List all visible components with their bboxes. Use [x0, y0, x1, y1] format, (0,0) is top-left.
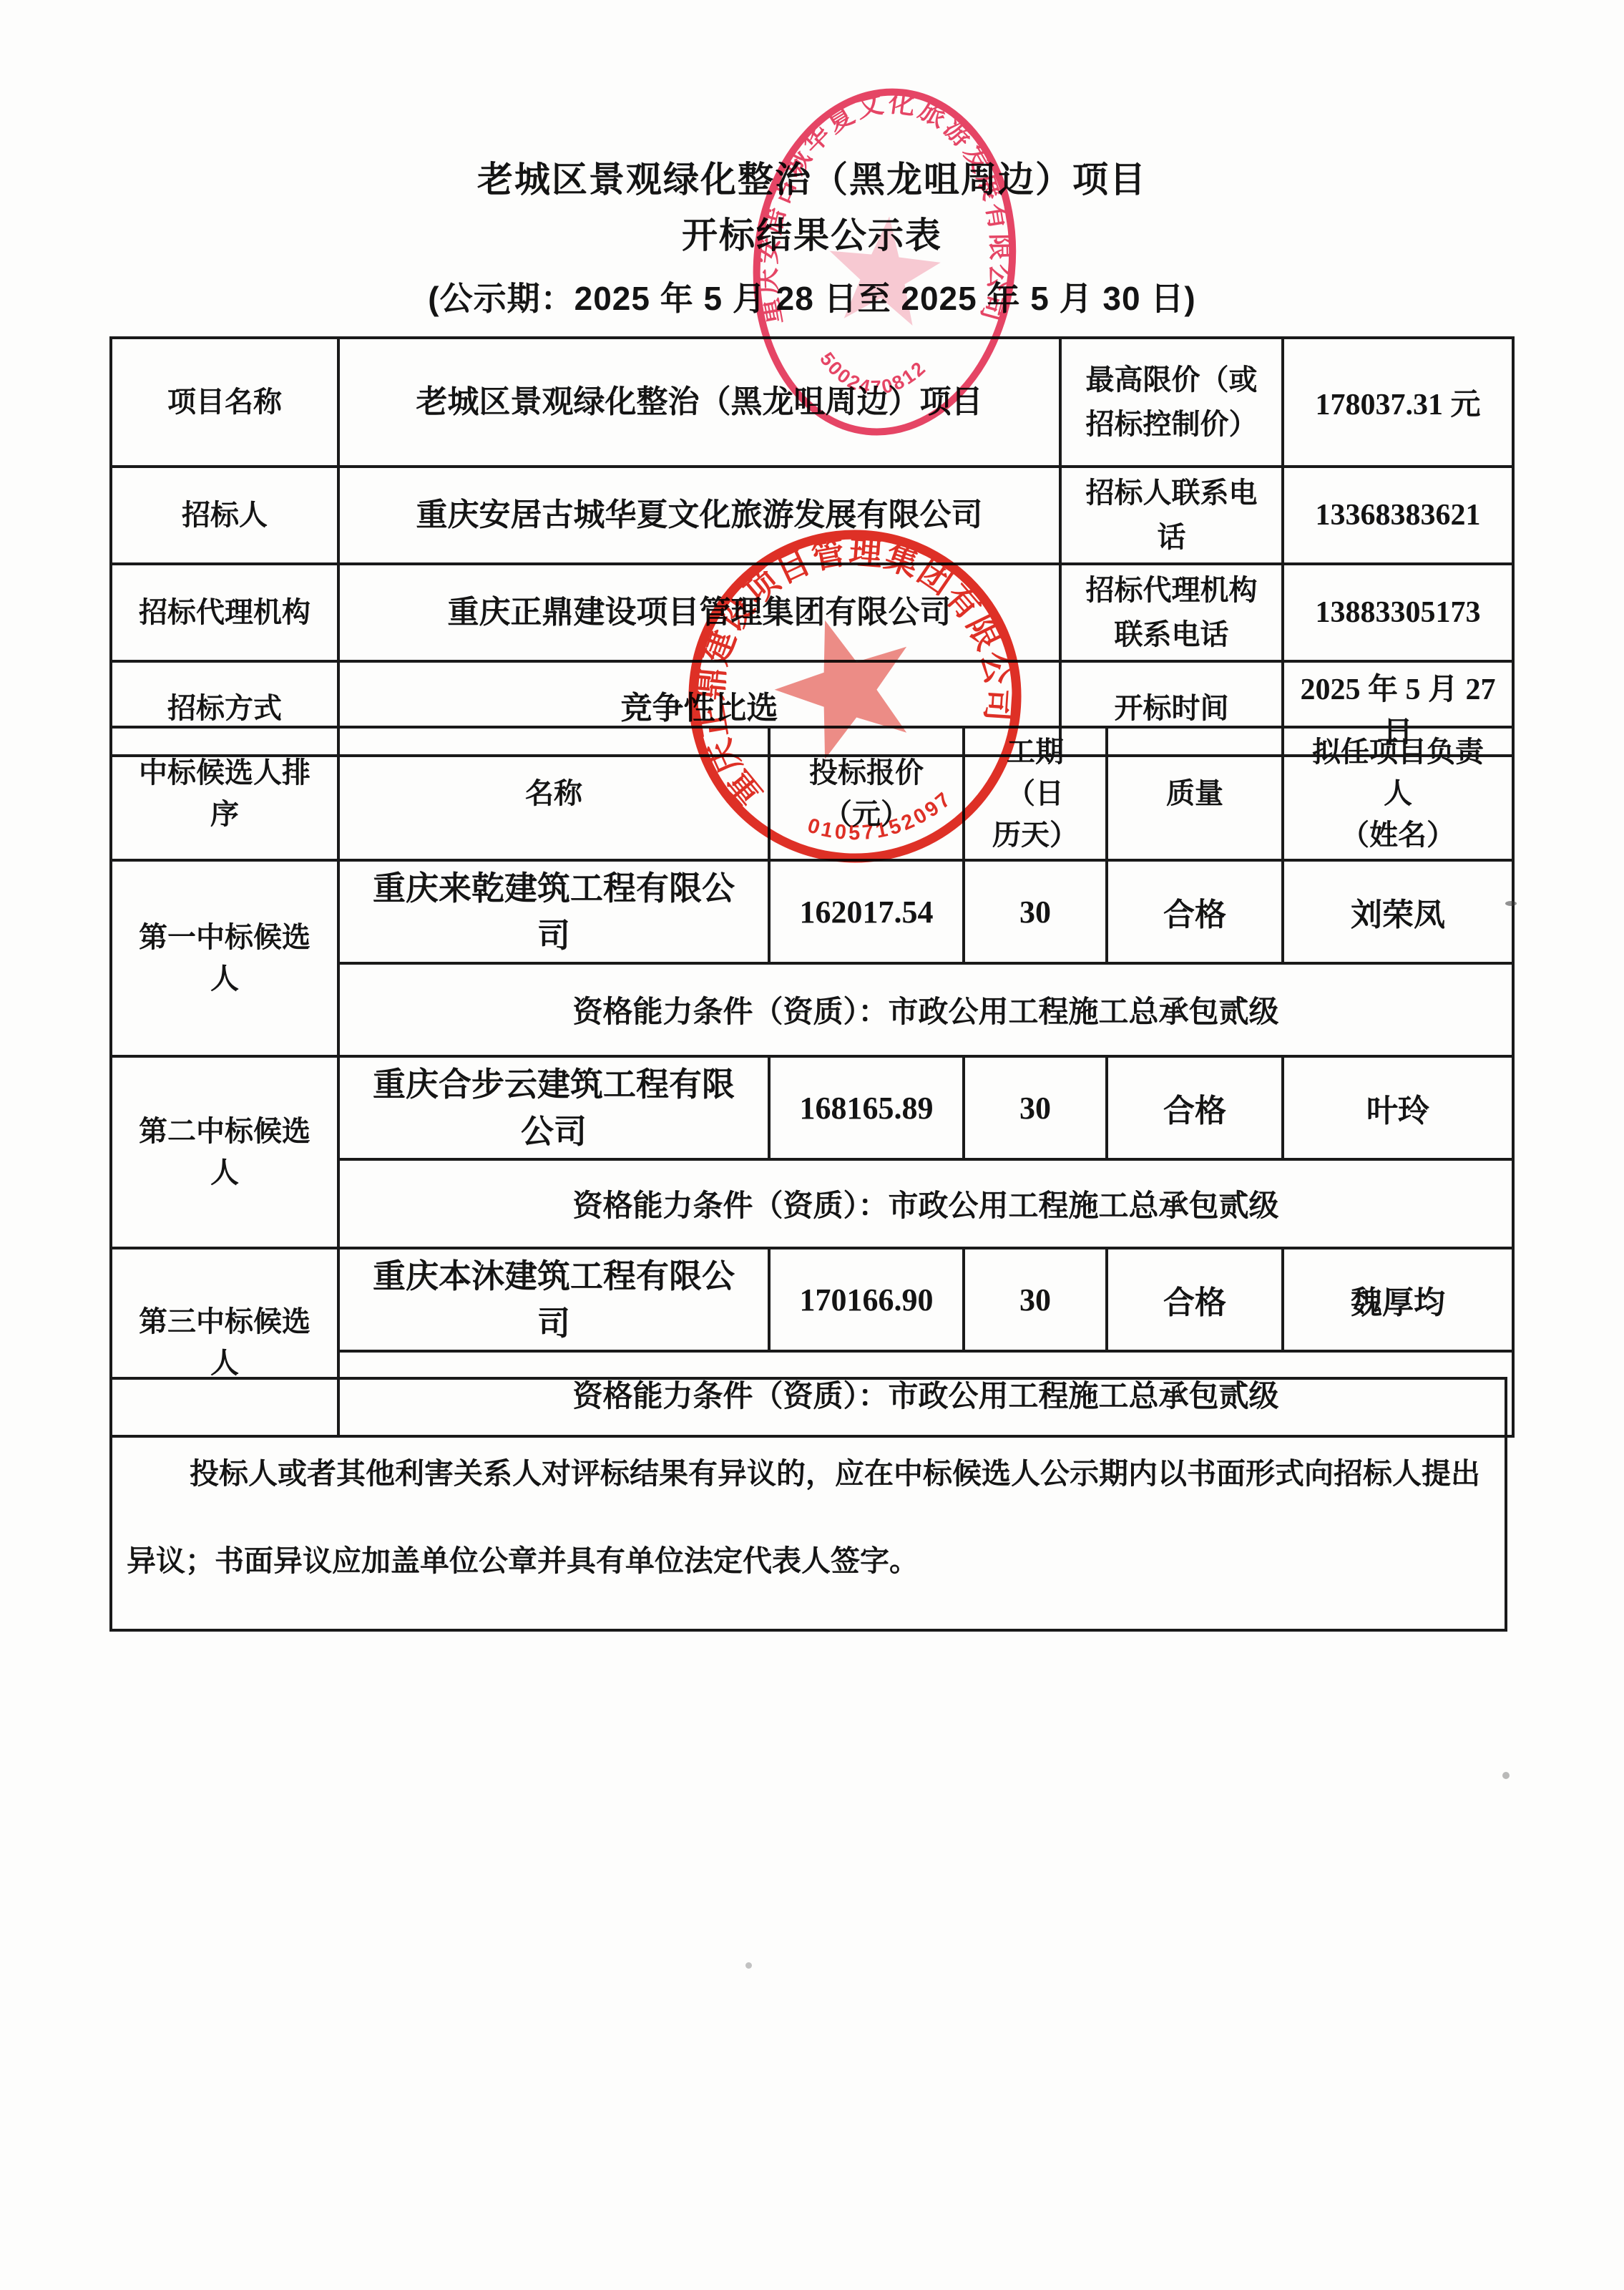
- info-label: 招标代理机构: [111, 564, 338, 661]
- header-duration: 工期（日 历天）: [964, 727, 1107, 860]
- header-quality: 质量: [1107, 727, 1283, 860]
- candidate-quality: 合格: [1107, 1248, 1283, 1351]
- info-value: 178037.31 元: [1283, 338, 1513, 467]
- candidate-duration: 30: [964, 860, 1107, 963]
- scan-speck: [1505, 901, 1517, 906]
- objection-notice: 投标人或者其他利害关系人对评标结果有异议的，应在中标候选人公示期内以书面形式向招…: [109, 1377, 1507, 1632]
- project-info-table: 项目名称 老城区景观绿化整治（黑龙咀周边）项目 最高限价（或 招标控制价） 17…: [109, 336, 1515, 757]
- candidate-price: 170166.90: [769, 1248, 964, 1351]
- info-label: 项目名称: [111, 338, 338, 467]
- objection-notice-line2: 异议；书面异议应加盖单位公章并具有单位法定代表人签字。: [127, 1539, 1490, 1583]
- table-row: 项目名称 老城区景观绿化整治（黑龙咀周边）项目 最高限价（或 招标控制价） 17…: [111, 338, 1513, 467]
- candidate-rank: 第一中标候选 人: [111, 860, 338, 1056]
- candidate-header-row: 中标候选人排 序 名称 投标报价 （元） 工期（日 历天） 质量 拟任项目负责人…: [111, 727, 1513, 860]
- document-title-line1: 老城区景观绿化整治（黑龙咀周边）项目: [0, 152, 1624, 208]
- header-price: 投标报价 （元）: [769, 727, 964, 860]
- info-value: 13368383621: [1283, 467, 1513, 564]
- info-sublabel: 最高限价（或 招标控制价）: [1060, 338, 1283, 467]
- candidate-manager: 叶玲: [1283, 1056, 1513, 1159]
- header-manager: 拟任项目负责人 （姓名）: [1283, 727, 1513, 860]
- candidate-quality: 合格: [1107, 1056, 1283, 1159]
- scanned-document-page: 老城区景观绿化整治（黑龙咀周边）项目 开标结果公示表 (公示期：2025 年 5…: [0, 0, 1624, 2290]
- info-content: 重庆安居古城华夏文化旅游发展有限公司: [338, 467, 1060, 564]
- candidate-duration: 30: [964, 1248, 1107, 1351]
- candidate-name: 重庆来乾建筑工程有限公 司: [338, 860, 769, 963]
- header-name: 名称: [338, 727, 769, 860]
- info-content: 老城区景观绿化整治（黑龙咀周边）项目: [338, 338, 1060, 467]
- info-sublabel: 招标人联系电 话: [1060, 467, 1283, 564]
- candidate-manager: 刘荣凤: [1283, 860, 1513, 963]
- candidate-rank: 第二中标候选 人: [111, 1056, 338, 1248]
- candidate-row: 第三中标候选 人 重庆本沐建筑工程有限公 司 170166.90 30 合格 魏…: [111, 1248, 1513, 1351]
- candidate-row: 第二中标候选 人 重庆合步云建筑工程有限 公司 168165.89 30 合格 …: [111, 1056, 1513, 1159]
- candidate-manager: 魏厚均: [1283, 1248, 1513, 1351]
- info-label: 招标人: [111, 467, 338, 564]
- candidate-name: 重庆本沐建筑工程有限公 司: [338, 1248, 769, 1351]
- objection-notice-line1: 投标人或者其他利害关系人对评标结果有异议的，应在中标候选人公示期内以书面形式向招…: [127, 1451, 1490, 1496]
- info-sublabel: 招标代理机构 联系电话: [1060, 564, 1283, 661]
- scan-speck: [745, 1962, 752, 1969]
- info-content: 重庆正鼎建设项目管理集团有限公司: [338, 564, 1060, 661]
- header-rank: 中标候选人排 序: [111, 727, 338, 860]
- candidate-qualification: 资格能力条件（资质）：市政公用工程施工总承包贰级: [338, 1159, 1513, 1248]
- table-row: 招标代理机构 重庆正鼎建设项目管理集团有限公司 招标代理机构 联系电话 1388…: [111, 564, 1513, 661]
- candidate-name: 重庆合步云建筑工程有限 公司: [338, 1056, 769, 1159]
- candidate-duration: 30: [964, 1056, 1107, 1159]
- info-value: 13883305173: [1283, 564, 1513, 661]
- document-title-block: 老城区景观绿化整治（黑龙咀周边）项目 开标结果公示表 (公示期：2025 年 5…: [0, 152, 1624, 323]
- table-row: 招标人 重庆安居古城华夏文化旅游发展有限公司 招标人联系电 话 13368383…: [111, 467, 1513, 564]
- candidate-price: 168165.89: [769, 1056, 964, 1159]
- scan-speck: [1502, 1772, 1510, 1779]
- candidate-quality: 合格: [1107, 860, 1283, 963]
- candidate-price: 162017.54: [769, 860, 964, 963]
- candidate-qualification: 资格能力条件（资质）：市政公用工程施工总承包贰级: [338, 963, 1513, 1056]
- document-title-line2: 开标结果公示表: [0, 208, 1624, 263]
- candidate-table: 中标候选人排 序 名称 投标报价 （元） 工期（日 历天） 质量 拟任项目负责人…: [109, 726, 1515, 1438]
- publicity-period: (公示期：2025 年 5 月 28 日至 2025 年 5 月 30 日): [0, 273, 1624, 323]
- candidate-row: 第一中标候选 人 重庆来乾建筑工程有限公 司 162017.54 30 合格 刘…: [111, 860, 1513, 963]
